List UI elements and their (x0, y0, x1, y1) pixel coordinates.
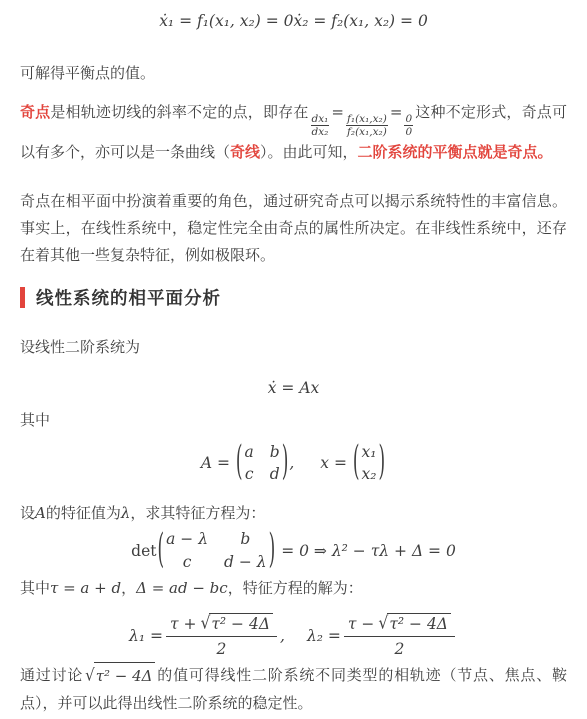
det-cell-a-lambda: a − λ (166, 530, 208, 549)
singular-seg3: ）。由此可知， (260, 144, 358, 161)
radical-sign: √ (378, 612, 388, 635)
fraction-dx1-dx2: dx₁dx₂ (311, 113, 330, 138)
vector-x-cell-x2: x₂ (362, 465, 377, 484)
vector-x-cell-x1: x₁ (362, 443, 377, 462)
det-rhs: = 0 ⇒ λ² − τλ + Δ = 0 (281, 538, 456, 564)
paragraph-where2: 其中τ = a + d，Δ = ad − bc，特征方程的解为： (20, 575, 567, 602)
expr-tau: τ = a + d (50, 579, 121, 597)
formula-matrices: A = ( a b c d ) , x = ( x₁ x₂ ) (20, 443, 567, 485)
det-cell-b: b (224, 530, 267, 549)
matrix-A-cell-a: a (245, 443, 254, 462)
statement-equilibrium-is-singular: 二阶系统的平衡点就是奇点。 (358, 144, 553, 161)
article-page: ẋ₁ = f₁(x₁, x₂) = 0ẋ₂ = f₂(x₁, x₂) = 0 可… (0, 0, 587, 717)
det-cell-c: c (166, 553, 208, 572)
sqrt-discriminant: √τ² − 4Δ (200, 613, 273, 634)
term-singular-point: 奇点 (20, 104, 50, 121)
matrix-A-cell-d: d (270, 465, 280, 484)
left-paren: ( (156, 531, 165, 571)
vector-x-lhs: x = (320, 450, 347, 476)
radicand: τ² − 4Δ (94, 662, 155, 690)
equals-sign: = (331, 103, 344, 121)
lambda2-lhs: λ₂ = (307, 623, 341, 649)
lambda2-den: 2 (344, 637, 455, 659)
formula-equilibrium-text: ẋ₁ = f₁(x₁, x₂) = 0ẋ₂ = f₂(x₁, x₂) = 0 (159, 12, 428, 30)
eigen-seg3: ，求其特征方程为： (130, 505, 265, 522)
where2-seg3: ，特征方程的解为： (228, 580, 363, 597)
formula-system: ẋ = Ax (20, 375, 567, 401)
det-matrix-cells: a − λ b c d − λ (166, 530, 267, 572)
det-cell-d-lambda: d − λ (224, 553, 267, 572)
paragraph-conclusion: 通过讨论√τ² − 4Δ的值可得线性二阶系统不同类型的相轨迹（节点、焦点、鞍点）… (20, 662, 567, 717)
right-paren: ) (378, 443, 387, 483)
fraction-zero-zero: 00 (404, 113, 413, 138)
where1-text: 其中 (20, 412, 50, 429)
paragraph-system-setup: 设线性二阶系统为 (20, 334, 567, 361)
lambda2-num-pre: τ − (348, 614, 375, 634)
paragraph-solve-equilibrium: 可解得平衡点的值。 (20, 60, 567, 87)
matrix-A-cells: a b c d (245, 443, 280, 485)
var-A: A (35, 504, 46, 522)
vector-x-cells: x₁ x₂ (362, 443, 377, 485)
singular-seg1: 是相轨迹切线的斜率不定的点，即存在 (50, 104, 308, 121)
formula-determinant: det ( a − λ b c d − λ ) = 0 ⇒ λ² − τλ + … (20, 530, 567, 572)
left-paren: ( (235, 443, 244, 483)
lambda1-fraction: τ +√τ² − 4Δ 2 (166, 613, 277, 659)
system-setup-text: 设线性二阶系统为 (20, 339, 140, 356)
heading-accent-bar (20, 287, 25, 308)
expr-delta: Δ = ad − bc (136, 579, 228, 597)
left-paren: ( (352, 443, 361, 483)
section-heading-text: 线性系统的相平面分析 (36, 285, 221, 310)
conclusion-seg1: 通过讨论 (20, 667, 83, 684)
matrix-A-lhs: A = (201, 450, 230, 476)
section-heading-linear-phase-plane: 线性系统的相平面分析 (20, 285, 567, 310)
formula-lambda-roots: λ₁ = τ +√τ² − 4Δ 2 , λ₂ = τ −√τ² − 4Δ 2 (20, 613, 567, 659)
matrix-comma: , (289, 450, 294, 476)
determinant-equation: det ( a − λ b c d − λ ) = 0 ⇒ λ² − τλ + … (131, 530, 456, 572)
lambda1-den: 2 (166, 637, 277, 659)
lambda2-fraction: τ −√τ² − 4Δ 2 (344, 613, 455, 659)
fraction-f1-f2: f₁(x₁,x₂)f₂(x₁,x₂) (346, 113, 388, 138)
paragraph-eigenvalue: 设A的特征值为λ，求其特征方程为： (20, 500, 567, 527)
sqrt-discriminant-inline: √τ² − 4Δ (85, 662, 154, 690)
right-paren: ) (281, 443, 290, 483)
det-operator: det (131, 538, 156, 564)
lambda-equations: λ₁ = τ +√τ² − 4Δ 2 , λ₂ = τ −√τ² − 4Δ 2 (129, 613, 458, 659)
formula-system-text: ẋ = Ax (268, 379, 320, 397)
paragraph-singular-point: 奇点是相轨迹切线的斜率不定的点，即存在dx₁dx₂=f₁(x₁,x₂)f₂(x₁… (20, 99, 567, 166)
radicand: τ² − 4Δ (209, 613, 273, 634)
var-lambda: λ (121, 504, 131, 522)
radical-sign: √ (85, 661, 95, 691)
lambda-comma: , (280, 623, 285, 649)
paragraph-singular-role: 奇点在相平面中扮演着重要的角色，通过研究奇点可以揭示系统特性的丰富信息。事实上，… (20, 188, 567, 269)
sqrt-discriminant: √τ² − 4Δ (378, 613, 451, 634)
radicand: τ² − 4Δ (387, 613, 451, 634)
lambda1-num-pre: τ + (170, 614, 197, 634)
radical-sign: √ (200, 612, 210, 635)
paragraph-where1: 其中 (20, 407, 567, 434)
term-singular-line: 奇线 (230, 144, 260, 161)
formula-equilibrium: ẋ₁ = f₁(x₁, x₂) = 0ẋ₂ = f₂(x₁, x₂) = 0 (20, 8, 567, 34)
right-paren: ) (268, 531, 277, 571)
eigen-seg2: 的特征值为 (46, 505, 121, 522)
where2-seg2: ， (121, 580, 136, 597)
equals-sign: = (390, 103, 403, 121)
eigen-seg1: 设 (20, 505, 35, 522)
matrix-A-cell-c: c (245, 465, 254, 484)
singular-role-text: 奇点在相平面中扮演着重要的角色，通过研究奇点可以揭示系统特性的丰富信息。事实上，… (20, 193, 567, 264)
lambda1-lhs: λ₁ = (129, 623, 163, 649)
where2-seg1: 其中 (20, 580, 50, 597)
matrix-A-cell-b: b (270, 443, 280, 462)
paragraph-solve-text: 可解得平衡点的值。 (20, 65, 155, 82)
matrix-A-equation: A = ( a b c d ) , x = ( x₁ x₂ ) (201, 443, 386, 485)
